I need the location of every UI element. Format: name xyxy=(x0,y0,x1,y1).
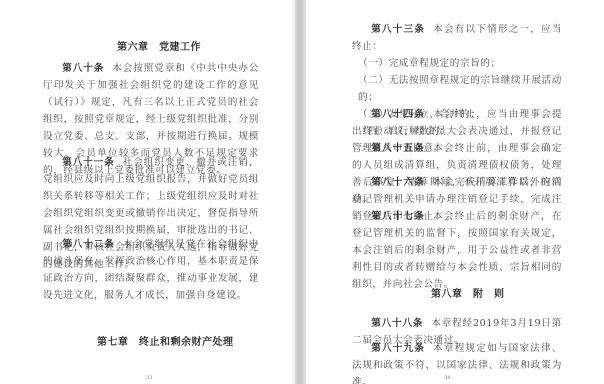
chapter-heading-6: 第六章 党建工作 xyxy=(117,38,201,53)
chapter-heading-8: 第八章 附 则 xyxy=(431,285,505,300)
article-number: 第八十八条 xyxy=(371,318,423,329)
right-page: 第八十三条本会有以下情形之一，应当终止： （一）完成章程规定的宗旨的； （二）无… xyxy=(306,0,604,384)
article-text: 本会终止后的剩余财产，在登记管理机关的监督下，按照国家有关规定，本会注销后的剩余… xyxy=(352,211,562,290)
list-item: （二）无法按照章程规定的宗旨继续开展活动的； xyxy=(352,72,562,106)
left-page: 第六章 党建工作 第八十条本会按照党章和《中共中央办公厅印发关于加强社会组织党的… xyxy=(0,0,295,384)
page-number: 33 xyxy=(146,375,152,381)
article-number: 第八十三条 xyxy=(371,24,425,35)
chapter-heading-7: 第七章 终止和剩余财产处理 xyxy=(97,333,234,348)
article-number: 第八十一条 xyxy=(62,157,115,168)
article-number: 第八十条 xyxy=(62,63,104,74)
article-number: 第八十九条 xyxy=(371,343,425,354)
article-number: 第八十六条 xyxy=(371,177,425,188)
list-item: （一）完成章程规定的宗旨的； xyxy=(352,55,562,72)
article-number: 第八十二条 xyxy=(62,239,115,250)
article-89: 第八十九条本章程规定如与国家法律、法规和政策不符，以国家法律、法规和政策为准。 xyxy=(352,340,562,384)
article-87: 第八十七条本会终止后的剩余财产，在登记管理机关的监督下，按照国家有关规定，本会注… xyxy=(352,208,562,293)
article-number: 第八十七条 xyxy=(371,211,425,222)
page-gutter xyxy=(295,0,306,384)
article-82: 第八十二条本会党组织是党在社会组织中的战斗堡垒，发挥政治核心作用，基本职责是保证… xyxy=(43,236,259,304)
article-number: 第八十四条 xyxy=(371,109,425,120)
article-number: 第八十五条 xyxy=(371,143,425,154)
page-number: 34 xyxy=(444,375,450,381)
